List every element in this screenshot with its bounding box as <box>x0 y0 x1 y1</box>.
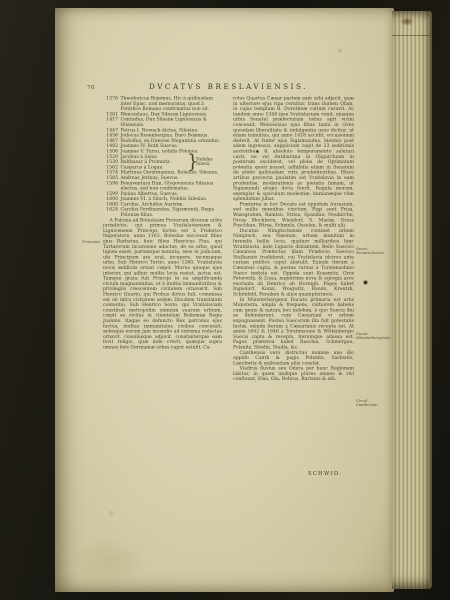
ink-speck-stain <box>256 150 259 153</box>
right-column: rolus Quartus Cæsar partem eam urbi adje… <box>233 96 354 382</box>
margin-note-canth: Circul. Canthensis. <box>356 399 391 407</box>
entry-text: Conradus, Dux Silesiæ Lignicensis & Olsn… <box>121 117 223 128</box>
book-fore-edge <box>392 11 432 589</box>
edge-line <box>392 35 430 36</box>
bishop-entry: 1376Theodoricus Bojemus. Hic à quibusdam… <box>103 96 222 112</box>
damp-stain <box>75 538 145 584</box>
entry-year: 1417 <box>103 117 121 128</box>
paragraph: Canthensis vero districtus nomine uno il… <box>233 350 354 366</box>
foxing-spot <box>337 48 343 53</box>
ink-blot-stain <box>363 280 368 285</box>
bishop-entry: 1596Bonaventura Han, Glogoviensis Silesi… <box>103 181 222 192</box>
paragraph: Præterea in hoc Ducatu est oppidum Auras… <box>233 202 354 228</box>
entry-year: 1596 <box>103 181 121 192</box>
paragraph: Ducatus Nimptschensis continet urbem Nim… <box>233 228 354 297</box>
paragraph: rolus Quartus Cæsar partem eam urbi adje… <box>233 96 354 202</box>
paragraph: In Münsterbergensi Ducatu primaria est u… <box>233 297 354 350</box>
entry-text: Casparus à Logau <box>121 165 188 170</box>
scanned-book-photo: 70 DVCATVS BRESLAVIENSIS. 1376Theodoricu… <box>0 0 450 600</box>
entry-year: 1376 <box>103 96 121 112</box>
bishop-group-label: Nobiles Silesii. <box>196 157 223 167</box>
entry-text: Carolus Ferdinandus, Sigismundi, Regis P… <box>121 207 223 218</box>
bishop-entry: 1562Casparus à Logau <box>103 165 187 170</box>
margin-note-principes: Principes. <box>80 240 101 244</box>
foxing-spot <box>107 510 115 516</box>
bishop-list-top: 1376Theodoricus Bojemus. Hic à quibusdam… <box>103 96 222 154</box>
entry-year: 1624 <box>103 207 121 218</box>
page-number: 70 <box>87 84 95 91</box>
paragraph: Viadrus fluvius seu Odera per hanc Regio… <box>233 366 354 382</box>
page-content: 70 DVCATVS BRESLAVIENSIS. 1376Theodoricu… <box>55 8 393 592</box>
left-paragraph: A Polonia ad Boleslaum Procerum diversæ … <box>103 218 222 350</box>
entry-year: 1562 <box>103 165 121 170</box>
book-page: 70 DVCATVS BRESLAVIENSIS. 1376Theodoricu… <box>55 8 394 592</box>
bishop-list-bottom: 1574Martinus Gerstmannus, Boleslav. Sile… <box>103 170 222 218</box>
margin-note-nimptsch: Ducat. Nimptschensis. <box>356 247 391 255</box>
bishop-braced-group: 1520Jacobus à Salza1539Balthasar à Promn… <box>103 154 222 170</box>
left-column: 1376Theodoricus Bojemus. Hic à quibusdam… <box>103 96 222 350</box>
entry-text: Bonaventura Han, Glogoviensis Silesius e… <box>121 181 223 192</box>
edge-stain <box>400 17 414 26</box>
running-header: DVCATVS BRESLAVIENSIS. <box>103 83 354 91</box>
catchword: SCHWID. <box>290 471 360 477</box>
entry-text: Theodoricus Bojemus. Hic à quibusdam int… <box>121 96 223 112</box>
bishop-entry: 1624Carolus Ferdinandus, Sigismundi, Reg… <box>103 207 222 218</box>
margin-note-munsterberg: Ducat. Münsterbergensis. <box>356 332 391 340</box>
bishop-entry: 1417Conradus, Dux Silesiæ Lignicensis & … <box>103 117 222 128</box>
